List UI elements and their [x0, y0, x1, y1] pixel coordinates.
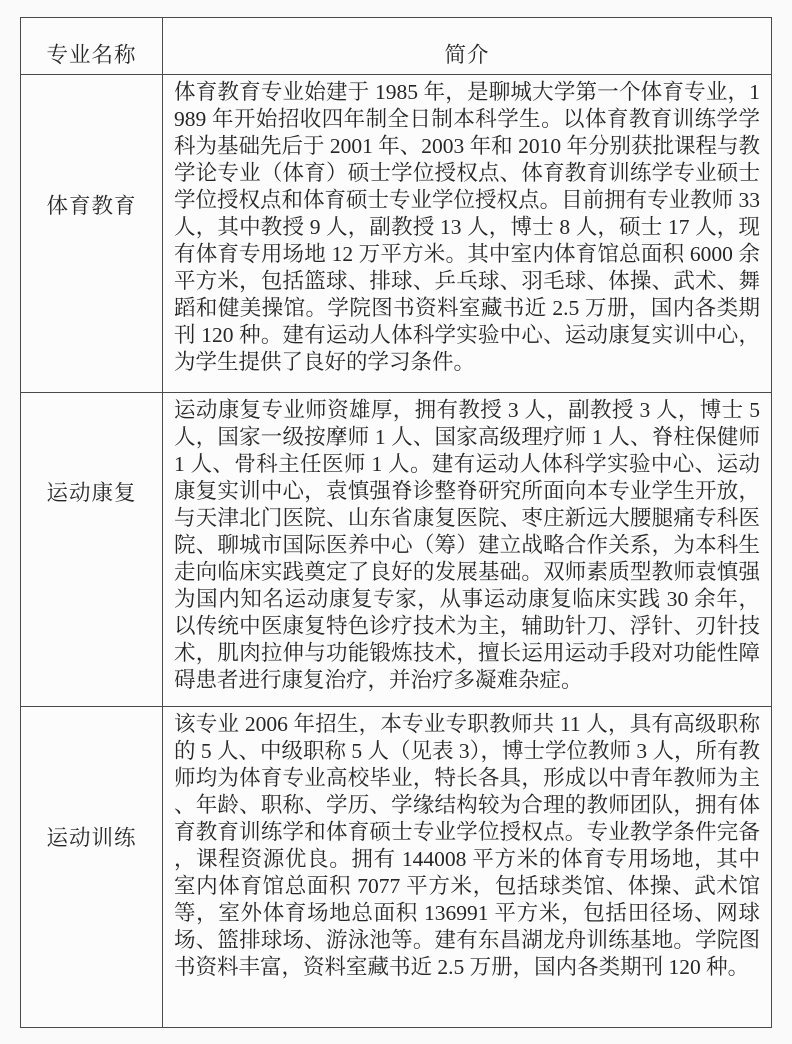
major-name-sports-rehabilitation: 运动康复 — [21, 393, 163, 707]
table-row: 运动康复 运动康复专业师资雄厚，拥有教授 3 人，副教授 3 人，博士 5 人，… — [21, 393, 772, 707]
majors-table: 专业名称 简介 体育教育 体育教育专业始建于 1985 年，是聊城大学第一个体育… — [20, 17, 772, 1028]
major-name-physical-education: 体育教育 — [21, 75, 163, 393]
header-major-name: 专业名称 — [21, 18, 163, 75]
intro-sports-rehabilitation: 运动康复专业师资雄厚，拥有教授 3 人，副教授 3 人，博士 5 人，国家一级按… — [163, 393, 772, 707]
intro-sports-training: 该专业 2006 年招生，本专业专职教师共 11 人，具有高级职称的 5 人、中… — [163, 707, 772, 1028]
table-header-row: 专业名称 简介 — [21, 18, 772, 75]
document-page: 专业名称 简介 体育教育 体育教育专业始建于 1985 年，是聊城大学第一个体育… — [0, 0, 792, 1044]
table-row: 体育教育 体育教育专业始建于 1985 年，是聊城大学第一个体育专业，1989 … — [21, 75, 772, 393]
intro-physical-education: 体育教育专业始建于 1985 年，是聊城大学第一个体育专业，1989 年开始招收… — [163, 75, 772, 393]
major-name-sports-training: 运动训练 — [21, 707, 163, 1028]
table-row: 运动训练 该专业 2006 年招生，本专业专职教师共 11 人，具有高级职称的 … — [21, 707, 772, 1028]
header-intro: 简介 — [163, 18, 772, 75]
